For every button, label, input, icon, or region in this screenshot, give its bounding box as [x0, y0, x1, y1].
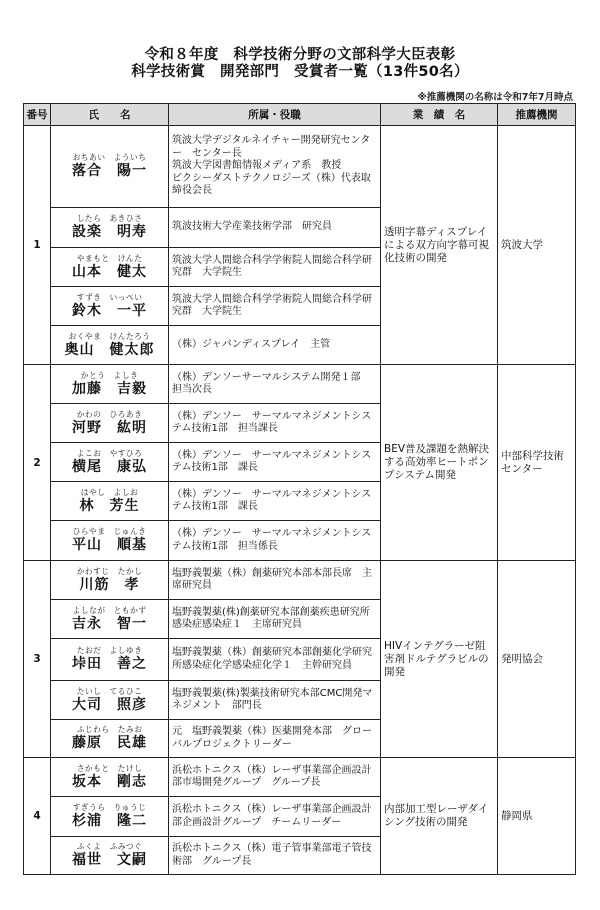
awardee-name-cell: やまもと けんた山本 健太 [51, 248, 169, 287]
awardee-name-cell: すぎうら りゅうじ杉浦 隆二 [51, 797, 169, 837]
name-reading: かわの ひろあき [51, 410, 168, 420]
affiliation-line: 塩野義製薬（株）創薬研究本部創薬化学研究所感染症化学感染症化学１ 主幹研究員 [172, 647, 377, 672]
affiliation-line: （株）デンソー サーマルマネジメントシステム技術1部 担当係長 [172, 528, 377, 553]
achievement-title: BEV普及課題を熱解決する高効率ヒートポンプシステム開発 [381, 365, 498, 561]
table-row: 3かわすじ たかし川筋 孝塩野義製薬（株）創薬研究本部本部長席 主席研究員HIV… [24, 561, 576, 600]
affiliation-cell: （株）ジャパンディスプレイ 主管 [169, 326, 381, 365]
affiliation-line: （株）デンソー サーマルマネジメントシステム技術1部 課長 [172, 450, 377, 475]
header-number: 番号 [24, 104, 51, 126]
recommending-organization: 筑波大学 [498, 126, 576, 365]
awardee-name: 設楽 明寿 [51, 224, 168, 241]
affiliation-line: 浜松ホトニクス（株）電子管事業部電子管技術部 グループ長 [172, 843, 377, 868]
affiliation-line: 元 塩野義製薬（株）医薬開発本部 グローバルプロジェクトリーダー [172, 726, 377, 751]
awardee-name: 大司 照彦 [51, 697, 168, 714]
header-name: 氏 名 [51, 104, 169, 126]
affiliation-cell: 元 塩野義製薬（株）医薬開発本部 グローバルプロジェクトリーダー [169, 720, 381, 758]
awardee-name-cell: したら あきひさ設楽 明寿 [51, 208, 169, 248]
affiliation-line: 筑波大学デジタルネイチャー開発研究センター センター長 [172, 135, 377, 160]
awardee-table: 番号 氏 名 所属・役職 業 績 名 推薦機関 1おちあい よういち落合 陽一筑… [23, 103, 576, 875]
name-reading: かわすじ たかし [51, 567, 168, 577]
name-reading: よしなが ともかず [51, 606, 168, 616]
awardee-name-cell: さかもと たけし坂本 剛志 [51, 758, 169, 797]
awardee-name: 横尾 康弘 [51, 459, 168, 476]
achievement-title: 内部加工型レーザダイシング技術の開発 [381, 758, 498, 875]
affiliation-cell: （株）デンソーサーマルシステム開発１部 担当次長 [169, 365, 381, 404]
name-reading: おちあい よういち [51, 153, 168, 163]
affiliation-line: 浜松ホトニクス（株）レーザ事業部企画設計部企画設計グループ チームリーダー [172, 804, 377, 829]
awardee-name: 平山 順基 [51, 537, 168, 554]
awardee-name: 落合 陽一 [51, 163, 168, 180]
name-reading: よこお やすひろ [51, 449, 168, 459]
awardee-name-cell: よこお やすひろ横尾 康弘 [51, 443, 169, 482]
affiliation-line: （株）デンソーサーマルシステム開発１部 担当次長 [172, 372, 377, 397]
awardee-name-cell: かわすじ たかし川筋 孝 [51, 561, 169, 600]
awardee-name: 杉浦 隆二 [51, 813, 168, 830]
name-reading: ふじわら たみお [51, 725, 168, 735]
awardee-name-cell: ひらやま じゅんき平山 順基 [51, 521, 169, 561]
name-reading: たいし てるひこ [51, 687, 168, 697]
awardee-name: 川筋 孝 [51, 577, 168, 594]
recommending-organization: 中部科学技術センター [498, 365, 576, 561]
affiliation-cell: 浜松ホトニクス（株）レーザ事業部企画設計部企画設計グループ チームリーダー [169, 797, 381, 837]
header-row: 番号 氏 名 所属・役職 業 績 名 推薦機関 [24, 104, 576, 126]
name-reading: はやし よしお [51, 488, 168, 498]
name-reading: おくやま けんたろう [51, 332, 168, 342]
awardee-name: 吉永 智一 [51, 616, 168, 633]
group-number: 3 [24, 561, 51, 758]
affiliation-cell: 塩野義製薬(株)製薬技術研究本部CMC開発マネジメント 部門長 [169, 681, 381, 720]
affiliation-cell: （株）デンソー サーマルマネジメントシステム技術1部 担当課長 [169, 404, 381, 443]
achievement-title: HIVインテグラーゼ阻害剤ドルテグラビルの開発 [381, 561, 498, 758]
awardee-name-cell: かとう よしき加藤 吉毅 [51, 365, 169, 404]
footnote: ※推薦機関の名称は令和7年7月時点 [418, 89, 573, 103]
affiliation-line: （株）デンソー サーマルマネジメントシステム技術1部 課長 [172, 489, 377, 514]
affiliation-line: 筑波大学人間総合科学学術院人間総合科学研究群 大学院生 [172, 294, 377, 319]
name-reading: たおだ よしゆき [51, 646, 168, 656]
awardee-name: 垰田 善之 [51, 656, 168, 673]
awardee-name-cell: ふじわら たみお藤原 民雄 [51, 720, 169, 758]
affiliation-line: （株）デンソー サーマルマネジメントシステム技術1部 担当課長 [172, 411, 377, 436]
awardee-name-cell: おくやま けんたろう奥山 健太郎 [51, 326, 169, 365]
awardee-name-cell: すずき いっぺい鈴木 一平 [51, 287, 169, 326]
awardee-name: 加藤 吉毅 [51, 381, 168, 398]
name-reading: すずき いっぺい [51, 293, 168, 303]
affiliation-line: ピクシーダストテクノロジーズ（株）代表取締役会長 [172, 173, 377, 198]
achievement-title: 透明字幕ディスプレイによる双方向字幕可視化技術の開発 [381, 126, 498, 365]
affiliation-cell: 浜松ホトニクス（株）電子管事業部電子管技術部 グループ長 [169, 837, 381, 875]
affiliation-cell: （株）デンソー サーマルマネジメントシステム技術1部 課長 [169, 482, 381, 521]
affiliation-cell: 塩野義製薬(株)創薬研究本部創薬疾患研究所感染症感染症１ 主席研究員 [169, 600, 381, 639]
name-reading: やまもと けんた [51, 254, 168, 264]
document-title: 令和８年度 科学技術分野の文部科学大臣表彰 科学技術賞 開発部門 受賞者一覧（1… [0, 47, 600, 81]
awardee-name: 河野 紘明 [51, 420, 168, 437]
awardee-name-cell: おちあい よういち落合 陽一 [51, 126, 169, 208]
table-row: 2かとう よしき加藤 吉毅（株）デンソーサーマルシステム開発１部 担当次長BEV… [24, 365, 576, 404]
name-reading: かとう よしき [51, 371, 168, 381]
title-line-2: 科学技術賞 開発部門 受賞者一覧（13件50名） [0, 64, 600, 81]
affiliation-line: 塩野義製薬(株)創薬研究本部創薬疾患研究所感染症感染症１ 主席研究員 [172, 607, 377, 632]
affiliation-cell: 塩野義製薬（株）創薬研究本部創薬化学研究所感染症化学感染症化学１ 主幹研究員 [169, 639, 381, 681]
affiliation-cell: 筑波大学人間総合科学学術院人間総合科学研究群 大学院生 [169, 248, 381, 287]
affiliation-line: （株）ジャパンディスプレイ 主管 [172, 339, 377, 352]
awardee-name-cell: よしなが ともかず吉永 智一 [51, 600, 169, 639]
affiliation-line: 浜松ホトニクス（株）レーザ事業部企画設計部市場開発グループ グループ長 [172, 765, 377, 790]
name-reading: ふくよ ふみつぐ [51, 842, 168, 852]
name-reading: ひらやま じゅんき [51, 527, 168, 537]
awardee-name: 坂本 剛志 [51, 774, 168, 791]
affiliation-line: 塩野義製薬(株)製薬技術研究本部CMC開発マネジメント 部門長 [172, 688, 377, 713]
affiliation-cell: 浜松ホトニクス（株）レーザ事業部企画設計部市場開発グループ グループ長 [169, 758, 381, 797]
awardee-name: 奥山 健太郎 [51, 342, 168, 359]
affiliation-line: 筑波技術大学産業技術学部 研究員 [172, 221, 377, 234]
affiliation-cell: （株）デンソー サーマルマネジメントシステム技術1部 課長 [169, 443, 381, 482]
affiliation-cell: 筑波技術大学産業技術学部 研究員 [169, 208, 381, 248]
affiliation-cell: （株）デンソー サーマルマネジメントシステム技術1部 担当係長 [169, 521, 381, 561]
awardee-name-cell: たおだ よしゆき垰田 善之 [51, 639, 169, 681]
affiliation-line: 筑波大学図書館情報メディア系 教授 [172, 160, 377, 173]
awardee-name: 山本 健太 [51, 264, 168, 281]
affiliation-cell: 筑波大学人間総合科学学術院人間総合科学研究群 大学院生 [169, 287, 381, 326]
header-achievement: 業 績 名 [381, 104, 498, 126]
awardee-name-cell: はやし よしお林 芳生 [51, 482, 169, 521]
affiliation-line: 筑波大学人間総合科学学術院人間総合科学研究群 大学院生 [172, 255, 377, 280]
title-line-1: 令和８年度 科学技術分野の文部科学大臣表彰 [0, 47, 600, 64]
affiliation-cell: 塩野義製薬（株）創薬研究本部本部長席 主席研究員 [169, 561, 381, 600]
group-number: 1 [24, 126, 51, 365]
affiliation-line: 塩野義製薬（株）創薬研究本部本部長席 主席研究員 [172, 568, 377, 593]
recommending-organization: 静岡県 [498, 758, 576, 875]
header-recommender: 推薦機関 [498, 104, 576, 126]
name-reading: したら あきひさ [51, 214, 168, 224]
awardee-name: 福世 文嗣 [51, 852, 168, 869]
table-row: 1おちあい よういち落合 陽一筑波大学デジタルネイチャー開発研究センター センタ… [24, 126, 576, 208]
name-reading: さかもと たけし [51, 764, 168, 774]
name-reading: すぎうら りゅうじ [51, 803, 168, 813]
awardee-name: 藤原 民雄 [51, 735, 168, 752]
affiliation-cell: 筑波大学デジタルネイチャー開発研究センター センター長筑波大学図書館情報メディア… [169, 126, 381, 208]
awardee-name-cell: たいし てるひこ大司 照彦 [51, 681, 169, 720]
header-affiliation: 所属・役職 [169, 104, 381, 126]
awardee-name: 林 芳生 [51, 498, 168, 515]
awardee-name-cell: かわの ひろあき河野 紘明 [51, 404, 169, 443]
group-number: 2 [24, 365, 51, 561]
awardee-name-cell: ふくよ ふみつぐ福世 文嗣 [51, 837, 169, 875]
awardee-name: 鈴木 一平 [51, 303, 168, 320]
recommending-organization: 発明協会 [498, 561, 576, 758]
table-row: 4さかもと たけし坂本 剛志浜松ホトニクス（株）レーザ事業部企画設計部市場開発グ… [24, 758, 576, 797]
group-number: 4 [24, 758, 51, 875]
